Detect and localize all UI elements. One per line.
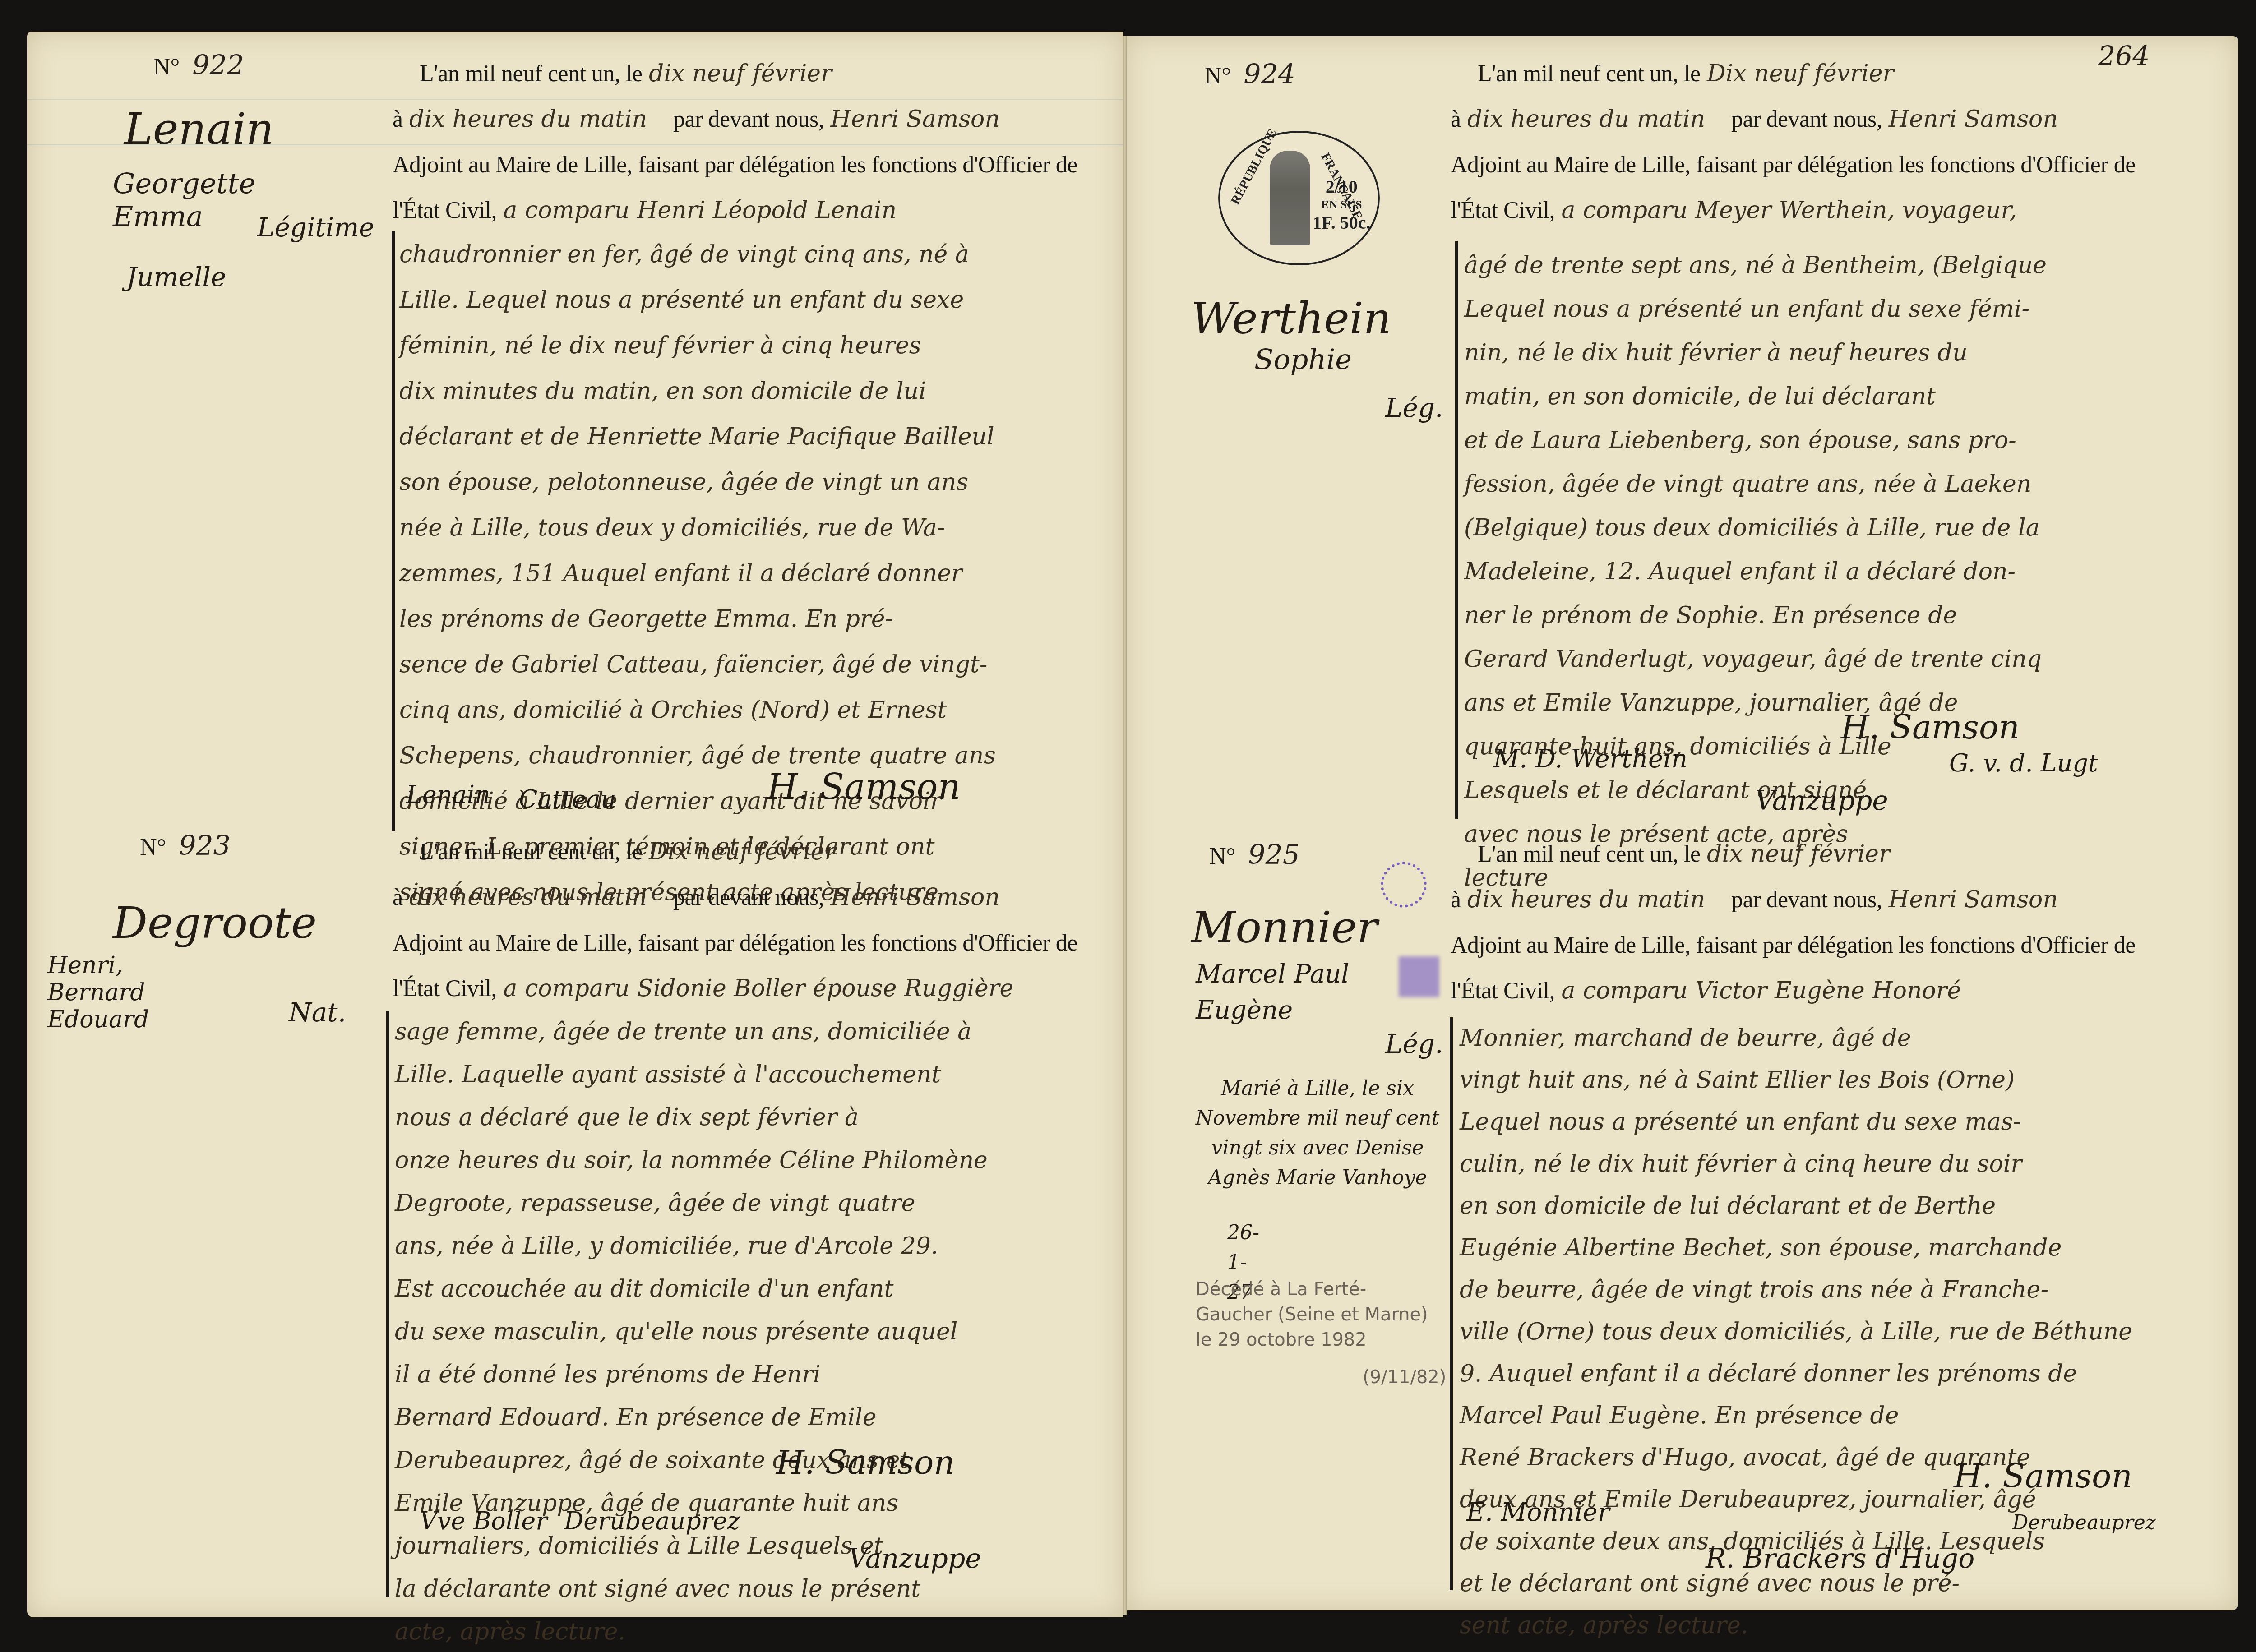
signature: M. D. Werthein: [1493, 744, 1687, 774]
signature: E. Monnier: [1466, 1498, 1610, 1527]
record-number: N°925: [1209, 839, 1300, 871]
tax-stamp: RÉPUBLIQUE FRANÇAISE 2/10 EN SUS 1F. 50c…: [1218, 131, 1380, 265]
margin-given-names: Henri, Bernard Edouard: [47, 952, 149, 1033]
record-margin-rule: [386, 1011, 389, 1597]
margin-status: Lég.: [1385, 392, 1443, 423]
margin-given-names: Marcel Paul Eugène: [1196, 956, 1430, 1029]
margin-given-names: Sophie: [1254, 343, 1352, 376]
margin-status: Nat.: [289, 997, 346, 1028]
margin-surname: Degroote: [113, 898, 317, 948]
book-gutter: [1123, 36, 1127, 1615]
record-number: N°922: [153, 50, 244, 81]
signature-officer: H. Samson: [776, 1444, 955, 1481]
record-margin-rule: [392, 231, 395, 831]
record-body: sage femme, âgée de trente un ans, domic…: [395, 1011, 1099, 1652]
margin-note: Jumelle: [126, 262, 226, 292]
marianne-figure-icon: [1270, 151, 1310, 245]
margin-surname: Lenain: [124, 104, 274, 154]
signature: Vanzuppe: [1755, 785, 1888, 817]
signature-officer: H. Samson: [1841, 708, 2020, 746]
margin-surname: Monnier: [1191, 902, 1378, 953]
signature: Vve Boller: [420, 1507, 547, 1535]
signature: Lenain: [406, 780, 490, 809]
signature: Vanzuppe: [848, 1543, 981, 1574]
record-body: chaudronnier en fer, âgé de vingt cinq a…: [399, 232, 1103, 915]
signature: G. v. d. Lugt: [1949, 749, 2098, 777]
margin-marriage-note: Marié à Lille, le six Novembre mil neuf …: [1191, 1074, 1444, 1193]
margin-given-names: Georgette Emma: [113, 167, 255, 233]
record-margin-rule: [1450, 1017, 1453, 1590]
violet-stamp-ring-icon: [1381, 862, 1427, 908]
signature: Derubeauprez: [2012, 1511, 2156, 1534]
signature-officer: H. Samson: [767, 767, 961, 808]
stamp-value: 2/10 EN SUS 1F. 50c.: [1313, 178, 1371, 232]
margin-death-note-ref: (9/11/82): [1363, 1362, 1446, 1392]
margin-status: Légitime: [257, 212, 374, 243]
record-number: N°923: [140, 830, 231, 862]
record-margin-rule: [1455, 241, 1458, 819]
signature: Catteau: [519, 785, 616, 813]
margin-surname: Werthein: [1191, 293, 1391, 344]
record-number: N°924: [1205, 59, 1295, 90]
signature-officer: H. Samson: [1954, 1457, 2132, 1495]
record-text: L'an mil neuf cent un, le dix neuf févri…: [1451, 830, 2154, 1012]
margin-death-note: Décédé à La Ferté-Gaucher (Seine et Marn…: [1196, 1277, 1439, 1352]
signature: R. Brackers d'Hugo: [1706, 1543, 1974, 1574]
record-text: L'an mil neuf cent un, le Dix neuf févri…: [1451, 50, 2154, 232]
margin-status: Lég.: [1385, 1029, 1443, 1059]
record-text: L'an mil neuf cent un, le dix neuf févri…: [393, 50, 1096, 232]
signature: Derubeauprez: [564, 1507, 740, 1535]
record-text: L'an mil neuf cent un, le Dix neuf févri…: [393, 828, 1096, 1010]
